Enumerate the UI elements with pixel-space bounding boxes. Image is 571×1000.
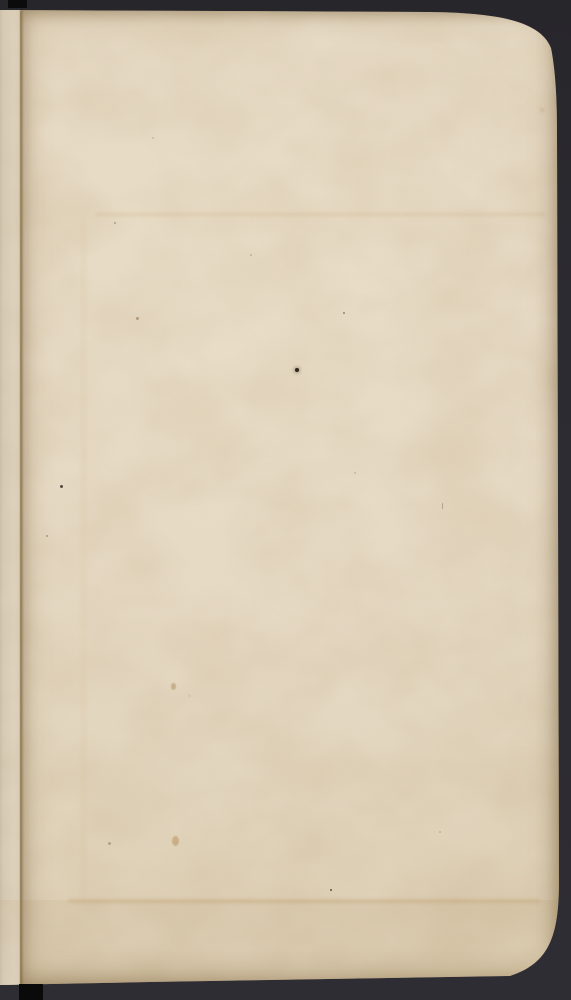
paper-texture — [0, 0, 571, 1000]
ink-speck — [152, 137, 154, 139]
show-through-left-edge — [82, 218, 85, 900]
edge-nick — [524, 18, 530, 21]
foxing-spot — [172, 836, 179, 846]
lower-page-tint — [0, 900, 571, 990]
ink-speck — [354, 472, 356, 474]
ink-speck — [295, 368, 299, 372]
foxing-spot — [540, 108, 544, 112]
top-left-black-notch — [8, 0, 27, 8]
fiber-mark — [442, 503, 443, 509]
show-through-top-edge — [95, 213, 545, 216]
ink-speck — [330, 889, 332, 891]
binding-edge-strip — [0, 0, 20, 1000]
book-page — [0, 0, 571, 1000]
ink-speck — [108, 842, 111, 845]
ink-speck — [250, 254, 252, 256]
foxing-spot — [188, 694, 191, 697]
bottom-left-black-notch — [19, 984, 43, 1000]
ink-speck — [60, 485, 63, 488]
ink-speck — [46, 535, 48, 537]
foxing-spot — [171, 683, 176, 690]
ink-speck — [343, 312, 345, 314]
page-edge-shading — [20, 9, 561, 986]
ink-speck — [114, 222, 116, 224]
foxing-spot — [136, 317, 139, 320]
show-through-bottom-edge — [68, 899, 540, 903]
gutter-fold-line — [19, 0, 24, 1000]
ink-speck — [439, 831, 441, 833]
book-scan — [0, 0, 571, 1000]
